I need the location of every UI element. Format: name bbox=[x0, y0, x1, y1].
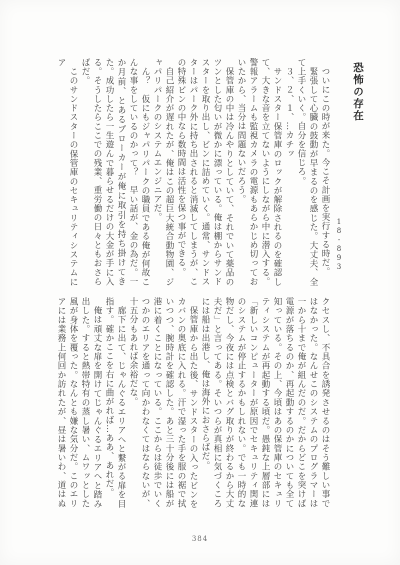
paragraph: ん？ 仮にもジャパリパークの職員である俺が何故こんな事をしているのかって？ 早い… bbox=[79, 58, 151, 286]
running-head-title: 恐怖の存在 bbox=[351, 62, 366, 182]
text-band-lower: クセスし、不具合を誘発させるのはそう難しい事ではなかった。なんせこのシステムのプ… bbox=[55, 297, 331, 508]
paragraph: このサンドスターの保管庫のセキュリティシステムにア bbox=[55, 58, 79, 286]
paragraph: 俺は頑丈な扉を開けてじゃんぐるエリアへと踏み出した。すると熱帯特有の蒸し暑い、ム… bbox=[55, 297, 103, 508]
paragraph: ３、２、１、…カチッ bbox=[283, 58, 295, 286]
book-page: 恐怖の存在 18-893 ついにこの時が来た。今こそ計画を実行する時だ。緊張して… bbox=[0, 0, 400, 565]
paragraph: ついにこの時が来た。今こそ計画を実行する時だ。 bbox=[319, 58, 331, 286]
paragraph: クセスし、不具合を誘発させるのはそう難しい事ではなかった。なんせこのシステムのプ… bbox=[199, 297, 331, 508]
running-head-code: 18-893 bbox=[335, 218, 343, 288]
text-body: ついにこの時が来た。今こそ計画を実行する時だ。緊張して心臓の鼓動が早まるのを感じ… bbox=[55, 58, 331, 508]
text-band-upper: ついにこの時が来た。今こそ計画を実行する時だ。緊張して心臓の鼓動が早まるのを感じ… bbox=[55, 58, 331, 286]
paragraph: 保管庫から出た後、サンドスターの入ったビンをカバンの奥底に入れる。汗で湿った手を… bbox=[127, 297, 199, 508]
paragraph: 緊張して心臓の鼓動が早まるのを感じた。大丈夫、全て上手くいく。自分を信じろ。 bbox=[295, 58, 319, 286]
paragraph: 保管庫の中は冷んやりとしていて、それでいて薬品のツンとした匂いが微かに漂っている… bbox=[175, 58, 235, 286]
paragraph: 自己紹介が遅れたが、俺はこの超巨大統合動物園、ジャパリパークのシステムエンジニア… bbox=[151, 58, 175, 286]
page-number: 384 bbox=[0, 535, 400, 543]
paragraph: 廊下に出て、じゃんぐるエリアへと繋がる扉を目指す。確かここを右に曲がれば…ああ、… bbox=[103, 297, 127, 508]
paragraph: サンドスター保管庫のロックが解除されるのを確認して、大きな音を立てないようにしな… bbox=[235, 58, 283, 286]
